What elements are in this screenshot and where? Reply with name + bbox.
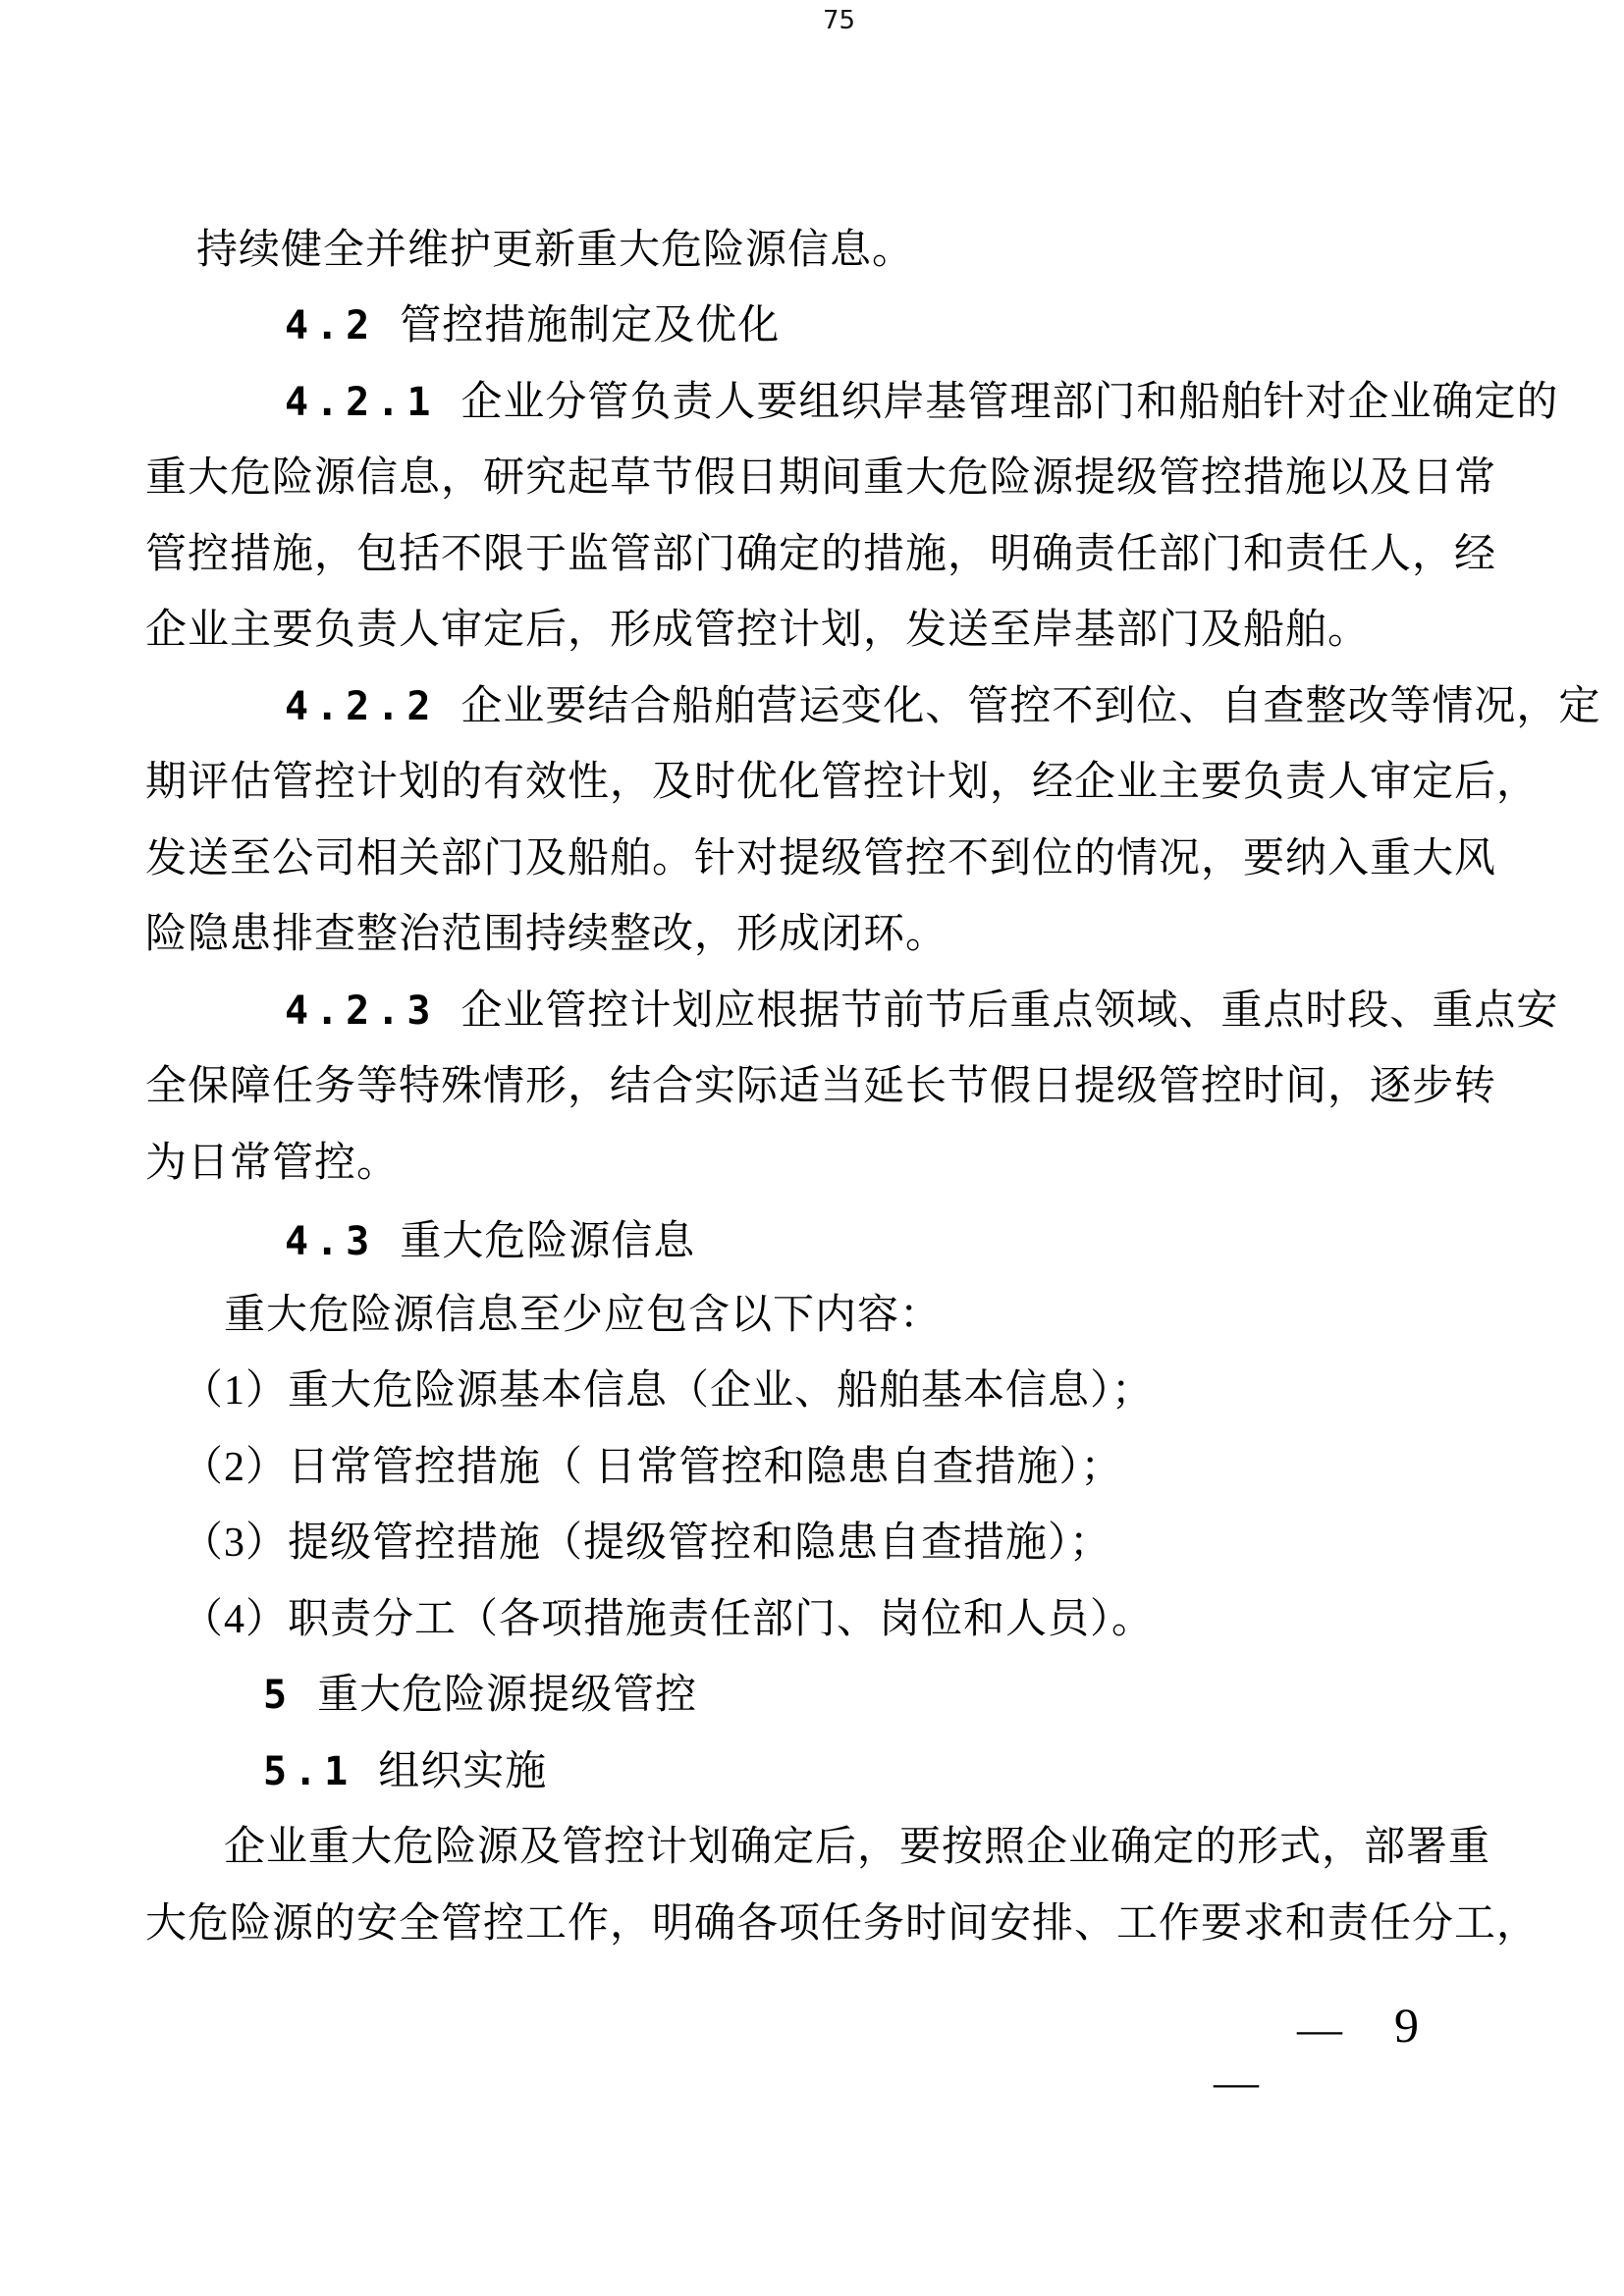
- heading-line: 4.2管控措施制定及优化: [285, 301, 780, 350]
- body-line: 大危险源的安全管控工作，明确各项任务时间安排、工作要求和责任分工，: [145, 1899, 1539, 1949]
- line-text: 全保障任务等特殊情形，结合实际适当延长节假日提级管控时间，逐步转: [145, 1064, 1496, 1109]
- line-text: 企业分管负责人要组织岸基管理部门和船舶针对企业确定的: [460, 380, 1558, 425]
- heading-line: 4.2.1企业分管负责人要组织岸基管理部门和船舶针对企业确定的: [285, 378, 1558, 427]
- body-line: 管控措施，包括不限于监管部门确定的措施，明确责任部门和责任人，经: [145, 530, 1496, 579]
- line-text: （4）职责分工（各项措施责任部门、岗位和人员）。: [182, 1597, 1154, 1642]
- document-page: 75 持续健全并维护更新重大危险源信息。 4.2管控措施制定及优化 4.2.1企…: [0, 0, 1624, 2296]
- line-text: （3）提级管控措施（提级管控和隐患自查措施）；: [182, 1521, 1111, 1566]
- line-text: 企业要结合船舶营运变化、管控不到位、自查整改等情况，定: [460, 684, 1600, 729]
- section-number: 4.2: [285, 303, 376, 348]
- section-number: 4.2.3: [285, 988, 437, 1034]
- body-line: 重大危险源信息至少应包含以下内容：: [224, 1291, 942, 1340]
- body-line: 持续健全并维护更新重大危险源信息。: [196, 226, 914, 275]
- list-item-line: （1）重大危险源基本信息（企业、船舶基本信息）；: [182, 1366, 1154, 1415]
- line-text: （1）重大危险源基本信息（企业、船舶基本信息）；: [182, 1368, 1154, 1414]
- heading-line: 4.2.3企业管控计划应根据节前节后重点领域、重点时段、重点安: [285, 987, 1558, 1036]
- list-item-line: （2）日常管控措施（ 日常管控和隐患自查措施）；: [182, 1443, 1123, 1492]
- heading-line: 5重大危险源提级管控: [263, 1671, 697, 1720]
- list-item-line: （3）提级管控措施（提级管控和隐患自查措施）；: [182, 1519, 1111, 1568]
- body-line: 期评估管控计划的有效性，及时优化管控计划，经企业主要负责人审定后，: [145, 758, 1539, 807]
- line-text: 管控措施制定及优化: [400, 303, 780, 348]
- line-text: 持续健全并维护更新重大危险源信息。: [196, 228, 914, 273]
- line-text: 为日常管控。: [145, 1141, 399, 1186]
- section-number: 4.2.2: [285, 684, 437, 729]
- line-text: 管控措施，包括不限于监管部门确定的措施，明确责任部门和责任人，经: [145, 532, 1496, 577]
- line-text: （2）日常管控措施（ 日常管控和隐患自查措施）；: [182, 1445, 1123, 1490]
- body-line: 发送至公司相关部门及船舶。针对提级管控不到位的情况，要纳入重大风: [145, 834, 1496, 883]
- heading-line: 4.2.2企业要结合船舶营运变化、管控不到位、自查整改等情况，定: [285, 682, 1600, 731]
- footer-page-number: 9: [1394, 2001, 1419, 2050]
- body-line: 险隐患排查整治范围持续整改，形成闭环。: [145, 910, 947, 959]
- line-text: 期评估管控计划的有效性，及时优化管控计划，经企业主要负责人审定后，: [145, 760, 1539, 805]
- line-text: 企业主要负责人审定后，形成管控计划，发送至岸基部门及船舶。: [145, 608, 1370, 653]
- body-line: 全保障任务等特殊情形，结合实际适当延长节假日提级管控时间，逐步转: [145, 1062, 1496, 1111]
- line-text: 险隐患排查整治范围持续整改，形成闭环。: [145, 912, 947, 957]
- line-text: 企业管控计划应根据节前节后重点领域、重点时段、重点安: [460, 988, 1558, 1034]
- section-number: 4.3: [285, 1219, 376, 1264]
- body-line: 企业重大危险源及管控计划确定后，要按照企业确定的形式，部署重: [224, 1823, 1490, 1872]
- heading-line: 5.1组织实施: [263, 1747, 547, 1796]
- line-text: 重大危险源信息，研究起草节假日期间重大危险源提级管控措施以及日常: [145, 455, 1496, 501]
- line-text: 企业重大危险源及管控计划确定后，要按照企业确定的形式，部署重: [224, 1825, 1490, 1870]
- line-text: 重大危险源信息: [400, 1219, 695, 1264]
- heading-line: 4.3重大危险源信息: [285, 1217, 695, 1266]
- section-number: 5: [263, 1673, 294, 1718]
- section-number: 5.1: [263, 1749, 354, 1794]
- line-text: 重大危险源提级管控: [317, 1673, 697, 1718]
- list-item-line: （4）职责分工（各项措施责任部门、岗位和人员）。: [182, 1595, 1154, 1644]
- line-text: 发送至公司相关部门及船舶。针对提级管控不到位的情况，要纳入重大风: [145, 836, 1496, 881]
- line-text: 组织实施: [378, 1749, 547, 1794]
- body-line: 重大危险源信息，研究起草节假日期间重大危险源提级管控措施以及日常: [145, 454, 1496, 503]
- header-page-number: 75: [823, 6, 855, 35]
- footer-dash-upper: —: [1297, 2006, 1342, 2052]
- line-text: 大危险源的安全管控工作，明确各项任务时间安排、工作要求和责任分工，: [145, 1901, 1539, 1947]
- section-number: 4.2.1: [285, 380, 437, 425]
- body-line: 企业主要负责人审定后，形成管控计划，发送至岸基部门及船舶。: [145, 606, 1370, 655]
- footer-dash-lower: —: [1214, 2059, 1259, 2105]
- line-text: 重大危险源信息至少应包含以下内容：: [224, 1293, 942, 1338]
- body-line: 为日常管控。: [145, 1139, 399, 1188]
